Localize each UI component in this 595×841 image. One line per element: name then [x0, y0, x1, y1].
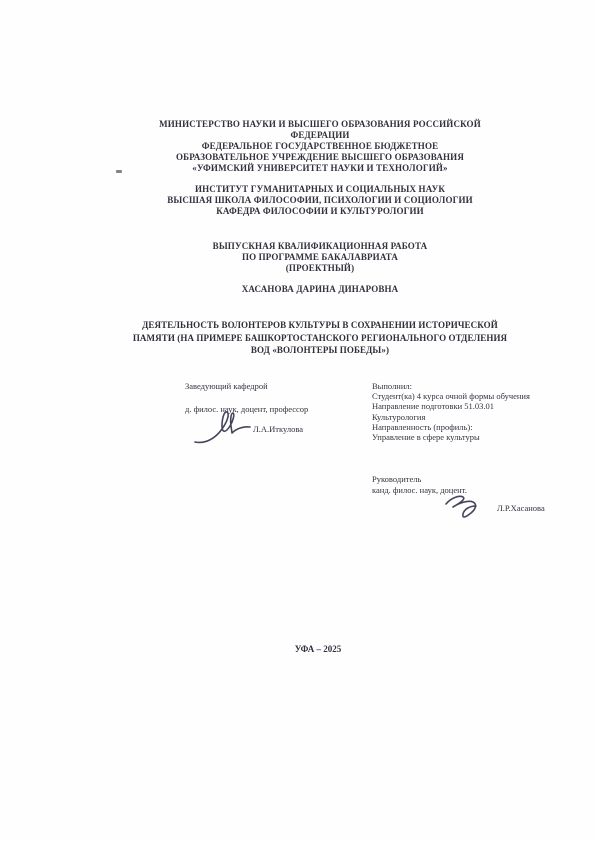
student-info-line: Культурология [372, 412, 537, 422]
department-line: КАФЕДРА ФИЛОСОФИИ И КУЛЬТУРОЛОГИИ [110, 206, 530, 217]
department-head-role: Заведующий кафедрой [185, 381, 268, 391]
student-info-line: Направленность (профиль): [372, 422, 537, 432]
work-type-line: ВЫПУСКНАЯ КВАЛИФИКАЦИОННАЯ РАБОТА [110, 241, 530, 252]
ministry-line: ФЕДЕРАЦИИ [110, 130, 530, 141]
department-head-signature [193, 409, 259, 447]
student-info-line: Направление подготовки 51.03.01 [372, 401, 537, 411]
student-info-line: Управление в сфере культуры [372, 432, 537, 442]
author-name-text: ХАСАНОВА ДАРИНА ДИНАРОВНА [110, 284, 530, 295]
thesis-title: ДЕЯТЕЛЬНОСТЬ ВОЛОНТЕРОВ КУЛЬТУРЫ В СОХРА… [104, 319, 536, 357]
thesis-title-line: ПАМЯТИ (НА ПРИМЕРЕ БАШКОРТОСТАНСКОГО РЕГ… [104, 332, 536, 345]
supervisor-name: Л.Р.Хасанова [497, 503, 545, 513]
ministry-header: МИНИСТЕРСТВО НАУКИ И ВЫСШЕГО ОБРАЗОВАНИЯ… [110, 119, 530, 174]
footer-city-year: УФА – 2025 [248, 644, 388, 654]
department-head-name: Л.А.Иткулова [253, 424, 303, 434]
thesis-title-line: ДЕЯТЕЛЬНОСТЬ ВОЛОНТЕРОВ КУЛЬТУРЫ В СОХРА… [104, 319, 536, 332]
university-line: ОБРАЗОВАТЕЛЬНОЕ УЧРЕЖДЕНИЕ ВЫСШЕГО ОБРАЗ… [110, 152, 530, 163]
work-type-block: ВЫПУСКНАЯ КВАЛИФИКАЦИОННАЯ РАБОТА ПО ПРО… [110, 241, 530, 274]
student-info-block: Выполнил: Студент(ка) 4 курса очной форм… [372, 381, 537, 442]
work-type-line: (ПРОЕКТНЫЙ) [110, 263, 530, 274]
university-line: ФЕДЕРАЛЬНОЕ ГОСУДАРСТВЕННОЕ БЮДЖЕТНОЕ [110, 141, 530, 152]
ministry-line: МИНИСТЕРСТВО НАУКИ И ВЫСШЕГО ОБРАЗОВАНИЯ… [110, 119, 530, 130]
institute-header: ИНСТИТУТ ГУМАНИТАРНЫХ И СОЦИАЛЬНЫХ НАУК … [110, 184, 530, 217]
supervisor-role: Руководитель [372, 474, 421, 484]
document-page: МИНИСТЕРСТВО НАУКИ И ВЫСШЕГО ОБРАЗОВАНИЯ… [0, 0, 595, 841]
university-name: «УФИМСКИЙ УНИВЕРСИТЕТ НАУКИ И ТЕХНОЛОГИЙ… [110, 163, 530, 174]
student-info-line: Выполнил: [372, 381, 537, 391]
work-type-line: ПО ПРОГРАММЕ БАКАЛАВРИАТА [110, 252, 530, 263]
supervisor-signature [443, 494, 483, 522]
author-name: ХАСАНОВА ДАРИНА ДИНАРОВНА [110, 284, 530, 295]
school-line: ВЫСШАЯ ШКОЛА ФИЛОСОФИИ, ПСИХОЛОГИИ И СОЦ… [110, 195, 530, 206]
institute-line: ИНСТИТУТ ГУМАНИТАРНЫХ И СОЦИАЛЬНЫХ НАУК [110, 184, 530, 195]
thesis-title-line: ВОД «ВОЛОНТЕРЫ ПОБЕДЫ») [104, 344, 536, 357]
student-info-line: Студент(ка) 4 курса очной формы обучения [372, 391, 537, 401]
